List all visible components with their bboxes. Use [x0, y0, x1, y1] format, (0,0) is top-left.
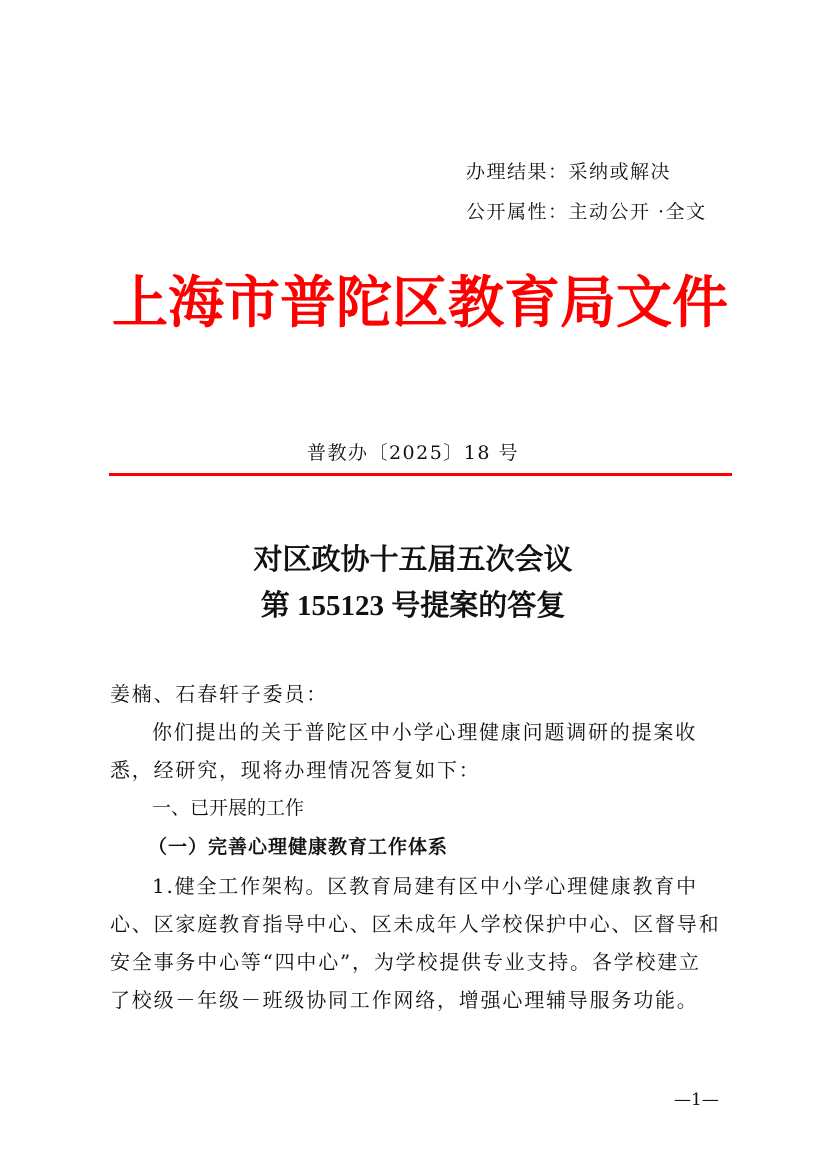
paragraph-line: 1.健全工作架构。区教育局建有区中小学心理健康教育中: [152, 870, 772, 899]
document-masthead: 上海市普陀区教育局文件: [108, 268, 732, 338]
document-title-line2: 第 155123 号提案的答复: [0, 583, 826, 624]
document-title-line1: 对区政协十五届五次会议: [0, 537, 826, 578]
salutation: 姜楠、石春轩子委员：: [110, 678, 730, 707]
document-number: 普教办〔2025〕18 号: [0, 438, 826, 465]
intro-paragraph-line2: 悉，经研究，现将办理情况答复如下：: [110, 754, 730, 783]
disclosure-attribute: 公开属性：主动公开 ·全文: [466, 197, 707, 224]
paragraph-line: 了校级－年级－班级协同工作网络，增强心理辅导服务功能。: [110, 984, 730, 1013]
subsection-heading-1: （一）完善心理健康教育工作体系: [148, 832, 768, 859]
section-heading-1: 一、已开展的工作: [152, 793, 772, 820]
paragraph-line: 安全事务中心等“四中心”，为学校提供专业支持。各学校建立: [110, 946, 730, 975]
handling-result: 办理结果：采纳或解决: [466, 157, 671, 184]
page-number: —1—: [674, 1090, 719, 1110]
red-divider: [109, 473, 732, 476]
intro-paragraph-line1: 你们提出的关于普陀区中小学心理健康问题调研的提案收: [152, 716, 772, 745]
paragraph-line: 心、区家庭教育指导中心、区未成年人学校保护中心、区督导和: [110, 908, 730, 937]
